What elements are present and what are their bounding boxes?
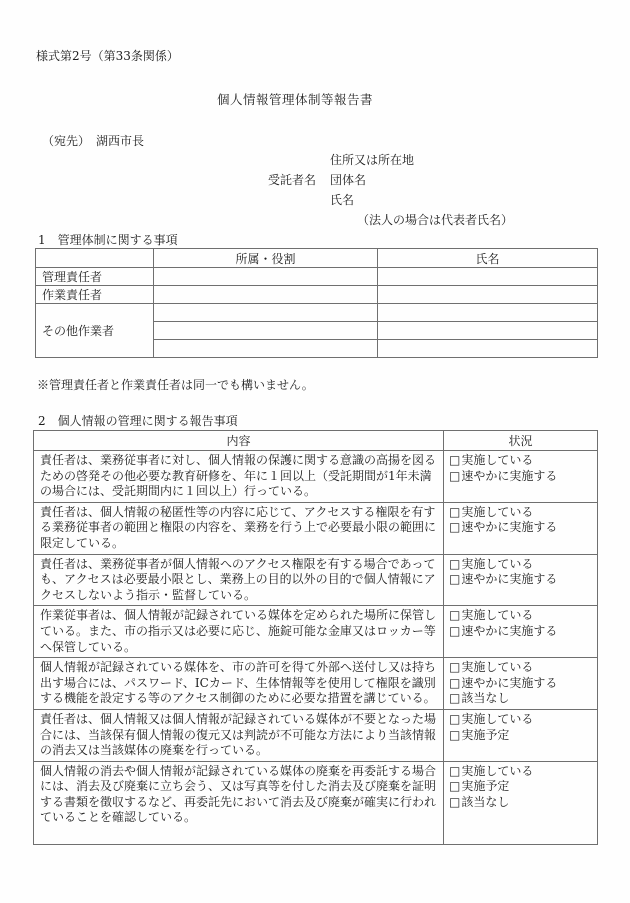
- status-option-label: 実施している: [461, 764, 533, 778]
- status-option-label: 実施している: [461, 660, 533, 674]
- checkbox-icon[interactable]: □: [449, 624, 460, 640]
- organization-name-label: 団体名: [330, 171, 366, 188]
- input-cell-work-leader-role[interactable]: [154, 286, 378, 304]
- status-option-label: 該当なし: [461, 795, 509, 809]
- corporate-representative-note: （法人の場合は代表者氏名）: [357, 211, 513, 228]
- table-row: 管理責任者: [36, 268, 598, 286]
- checkbox-icon[interactable]: □: [449, 453, 460, 469]
- checkbox-icon[interactable]: □: [449, 660, 460, 676]
- checkbox-icon[interactable]: □: [449, 520, 460, 536]
- report-status-cell: □実施している□速やかに実施する: [444, 502, 598, 554]
- status-option[interactable]: □実施予定: [449, 779, 594, 795]
- status-option[interactable]: □速やかに実施する: [449, 676, 594, 692]
- checkbox-icon[interactable]: □: [449, 505, 460, 521]
- table2-header-status: 状況: [444, 431, 598, 451]
- report-row: 責任者は、業務従事者に対し、個人情報の保護に関する意識の高揚を図るための啓発その…: [34, 451, 598, 503]
- checkbox-icon[interactable]: □: [449, 469, 460, 485]
- page-title: 個人情報管理体制等報告書: [0, 90, 590, 108]
- status-option-label: 実施している: [461, 608, 533, 622]
- report-content-cell: 責任者は、業務従事者が個人情報へのアクセス権限を有する場合であっても、アクセスは…: [34, 554, 444, 606]
- report-content-cell: 個人情報の消去や個人情報が記録されている媒体の廃棄を再委託する場合には、消去及び…: [34, 761, 444, 844]
- report-status-cell: □実施している□速やかに実施する: [444, 606, 598, 658]
- status-option[interactable]: □実施している: [449, 505, 594, 521]
- form-number: 様式第2号（第33条関係）: [36, 47, 179, 64]
- status-option-label: 速やかに実施する: [461, 624, 557, 638]
- report-row: 責任者は、業務従事者が個人情報へのアクセス権限を有する場合であっても、アクセスは…: [34, 554, 598, 606]
- report-status-cell: □実施している□速やかに実施する: [444, 554, 598, 606]
- status-option-label: 実施している: [461, 712, 533, 726]
- checkbox-icon[interactable]: □: [449, 691, 460, 707]
- report-row: 個人情報が記録されている媒体を、市の許可を得て外部へ送付し又は持ち出す場合には、…: [34, 658, 598, 710]
- checkbox-icon[interactable]: □: [449, 712, 460, 728]
- input-cell-other-role-2[interactable]: [154, 322, 378, 340]
- report-status-cell: □実施している□速やかに実施する: [444, 451, 598, 503]
- table1-header-name: 氏名: [378, 249, 598, 268]
- report-row: 個人情報の消去や個人情報が記録されている媒体の廃棄を再委託する場合には、消去及び…: [34, 761, 598, 844]
- consignee-label: 受託者名: [268, 171, 316, 188]
- status-option-label: 該当なし: [461, 691, 509, 705]
- table2-header-content: 内容: [34, 431, 444, 451]
- address-label: 住所又は所在地: [330, 151, 414, 168]
- status-option-label: 実施している: [461, 557, 533, 571]
- checkbox-icon[interactable]: □: [449, 764, 460, 780]
- report-content-cell: 責任者は、業務従事者に対し、個人情報の保護に関する意識の高揚を図るための啓発その…: [34, 451, 444, 503]
- status-option-label: 速やかに実施する: [461, 520, 557, 534]
- checkbox-icon[interactable]: □: [449, 557, 460, 573]
- input-cell-manager-role[interactable]: [154, 268, 378, 286]
- report-document-page: 様式第2号（第33条関係） 個人情報管理体制等報告書 （宛先） 湖西市長 住所又…: [0, 0, 630, 903]
- addressee-line: （宛先） 湖西市長: [42, 132, 144, 149]
- section2-heading: 2 個人情報の管理に関する報告事項: [38, 412, 238, 429]
- status-option[interactable]: □該当なし: [449, 691, 594, 707]
- status-option[interactable]: □速やかに実施する: [449, 469, 594, 485]
- checkbox-icon[interactable]: □: [449, 779, 460, 795]
- checkbox-icon[interactable]: □: [449, 795, 460, 811]
- status-option-label: 速やかに実施する: [461, 572, 557, 586]
- report-content-cell: 責任者は、個人情報の秘匿性等の内容に応じて、アクセスする権限を有する業務従事者の…: [34, 502, 444, 554]
- checkbox-icon[interactable]: □: [449, 572, 460, 588]
- table1-header-blank: [36, 249, 154, 268]
- report-items-table: 内容 状況 責任者は、業務従事者に対し、個人情報の保護に関する意識の高揚を図るた…: [33, 430, 598, 845]
- status-option-label: 実施している: [461, 453, 533, 467]
- row-label-other-workers: その他作業者: [36, 304, 154, 358]
- checkbox-icon[interactable]: □: [449, 728, 460, 744]
- report-row: 責任者は、個人情報の秘匿性等の内容に応じて、アクセスする権限を有する業務従事者の…: [34, 502, 598, 554]
- status-option[interactable]: □速やかに実施する: [449, 520, 594, 536]
- checkbox-icon[interactable]: □: [449, 608, 460, 624]
- status-option[interactable]: □実施している: [449, 660, 594, 676]
- status-option[interactable]: □実施している: [449, 764, 594, 780]
- input-cell-other-role-3[interactable]: [154, 340, 378, 358]
- status-option[interactable]: □該当なし: [449, 795, 594, 811]
- status-option[interactable]: □実施している: [449, 453, 594, 469]
- table-row: 作業責任者: [36, 286, 598, 304]
- report-status-cell: □実施している□実施予定□該当なし: [444, 761, 598, 844]
- status-option[interactable]: □速やかに実施する: [449, 624, 594, 640]
- table2-header-row: 内容 状況: [34, 431, 598, 451]
- table1-header-role: 所属・役割: [154, 249, 378, 268]
- row-label-manager: 管理責任者: [36, 268, 154, 286]
- status-option-label: 実施予定: [461, 728, 509, 742]
- status-option[interactable]: □実施している: [449, 712, 594, 728]
- report-status-cell: □実施している□実施予定: [444, 709, 598, 761]
- status-option[interactable]: □実施している: [449, 557, 594, 573]
- report-status-cell: □実施している□速やかに実施する□該当なし: [444, 658, 598, 710]
- status-option-label: 実施予定: [461, 779, 509, 793]
- input-cell-other-name-1[interactable]: [378, 304, 598, 322]
- section1-heading: 1 管理体制に関する事項: [38, 231, 178, 248]
- report-row: 責任者は、個人情報又は個人情報が記録されている媒体が不要となった場合には、当該保…: [34, 709, 598, 761]
- management-structure-table: 所属・役割 氏名 管理責任者 作業責任者 その他作業者: [35, 248, 598, 358]
- person-name-label: 氏名: [330, 191, 354, 208]
- report-content-cell: 責任者は、個人情報又は個人情報が記録されている媒体が不要となった場合には、当該保…: [34, 709, 444, 761]
- input-cell-work-leader-name[interactable]: [378, 286, 598, 304]
- input-cell-other-role-1[interactable]: [154, 304, 378, 322]
- status-option[interactable]: □実施予定: [449, 728, 594, 744]
- table1-header-row: 所属・役割 氏名: [36, 249, 598, 268]
- report-content-cell: 個人情報が記録されている媒体を、市の許可を得て外部へ送付し又は持ち出す場合には、…: [34, 658, 444, 710]
- status-option-label: 実施している: [461, 505, 533, 519]
- status-option-label: 速やかに実施する: [461, 676, 557, 690]
- report-content-cell: 作業従事者は、個人情報が記録されている媒体を定められた場所に保管している。また、…: [34, 606, 444, 658]
- input-cell-other-name-3[interactable]: [378, 340, 598, 358]
- row-label-work-leader: 作業責任者: [36, 286, 154, 304]
- status-option-label: 速やかに実施する: [461, 469, 557, 483]
- input-cell-manager-name[interactable]: [378, 268, 598, 286]
- status-option[interactable]: □速やかに実施する: [449, 572, 594, 588]
- report-row: 作業従事者は、個人情報が記録されている媒体を定められた場所に保管している。また、…: [34, 606, 598, 658]
- input-cell-other-name-2[interactable]: [378, 322, 598, 340]
- table-row: その他作業者: [36, 304, 598, 322]
- status-option[interactable]: □実施している: [449, 608, 594, 624]
- section1-note: ※管理責任者と作業責任者は同一でも構いません。: [37, 376, 314, 393]
- checkbox-icon[interactable]: □: [449, 676, 460, 692]
